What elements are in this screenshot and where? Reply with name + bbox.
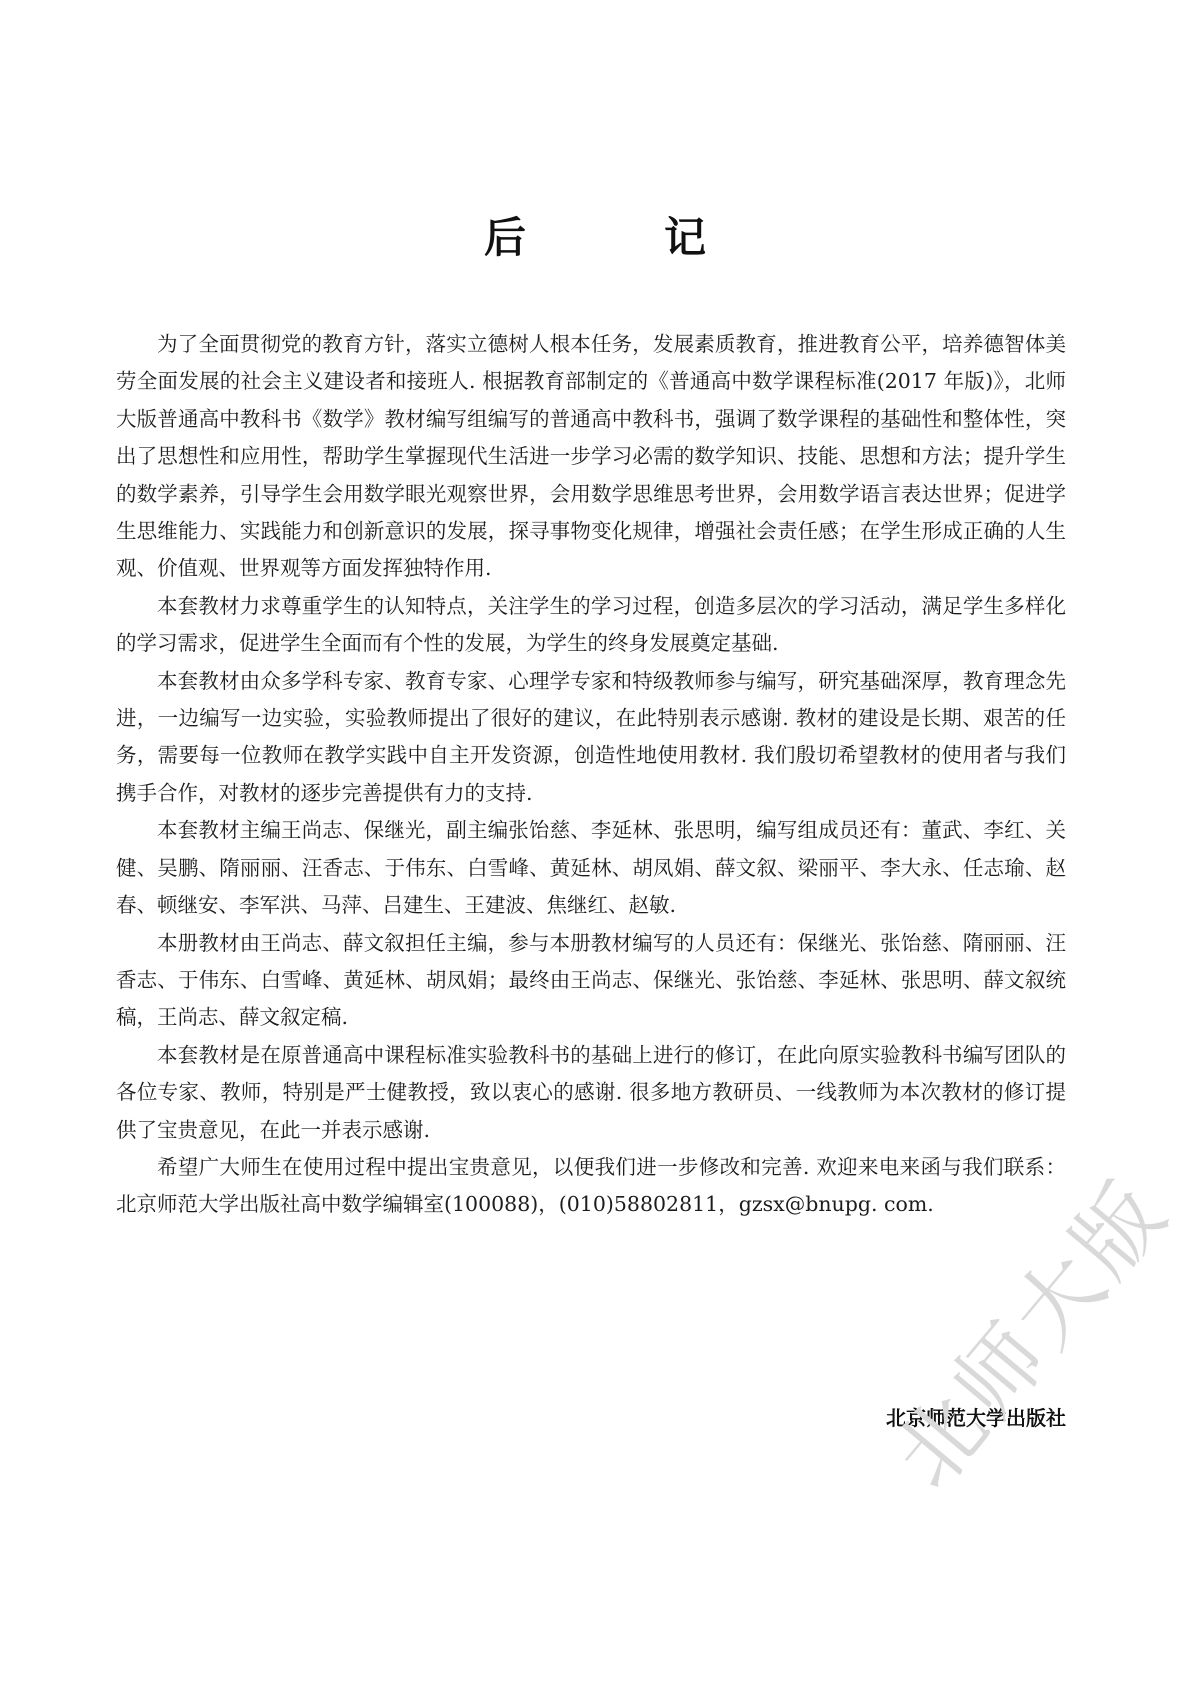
- paragraph-volume-editors: 本册教材由王尚志、薛文叙担任主编，参与本册教材编写的人员还有：保继光、张饴慈、隋…: [116, 925, 1066, 1037]
- afterword-body: 为了全面贯彻党的教育方针，落实立德树人根本任务，发展素质教育，推进教育公平，培养…: [116, 326, 1066, 1224]
- paragraph-contact: 希望广大师生在使用过程中提出宝贵意见，以便我们进一步修改和完善. 欢迎来电来函与…: [116, 1149, 1066, 1224]
- paragraph-revision-thanks: 本套教材是在原普通高中课程标准实验教科书的基础上进行的修订，在此向原实验教科书编…: [116, 1037, 1066, 1149]
- paragraph-student-focus: 本套教材力求尊重学生的认知特点，关注学生的学习过程，创造多层次的学习活动，满足学…: [116, 588, 1066, 663]
- publisher-signature: 北京师范大学出版社: [886, 1402, 1066, 1431]
- paragraph-editorial-team: 本套教材主编王尚志、保继光，副主编张饴慈、李延林、张思明，编写组成员还有：董武、…: [116, 812, 1066, 924]
- paragraph-authors-thanks: 本套教材由众多学科专家、教育专家、心理学专家和特级教师参与编写，研究基础深厚，教…: [116, 663, 1066, 813]
- page-title: 后 记: [0, 212, 1190, 264]
- paragraph-mission: 为了全面贯彻党的教育方针，落实立德树人根本任务，发展素质教育，推进教育公平，培养…: [116, 326, 1066, 588]
